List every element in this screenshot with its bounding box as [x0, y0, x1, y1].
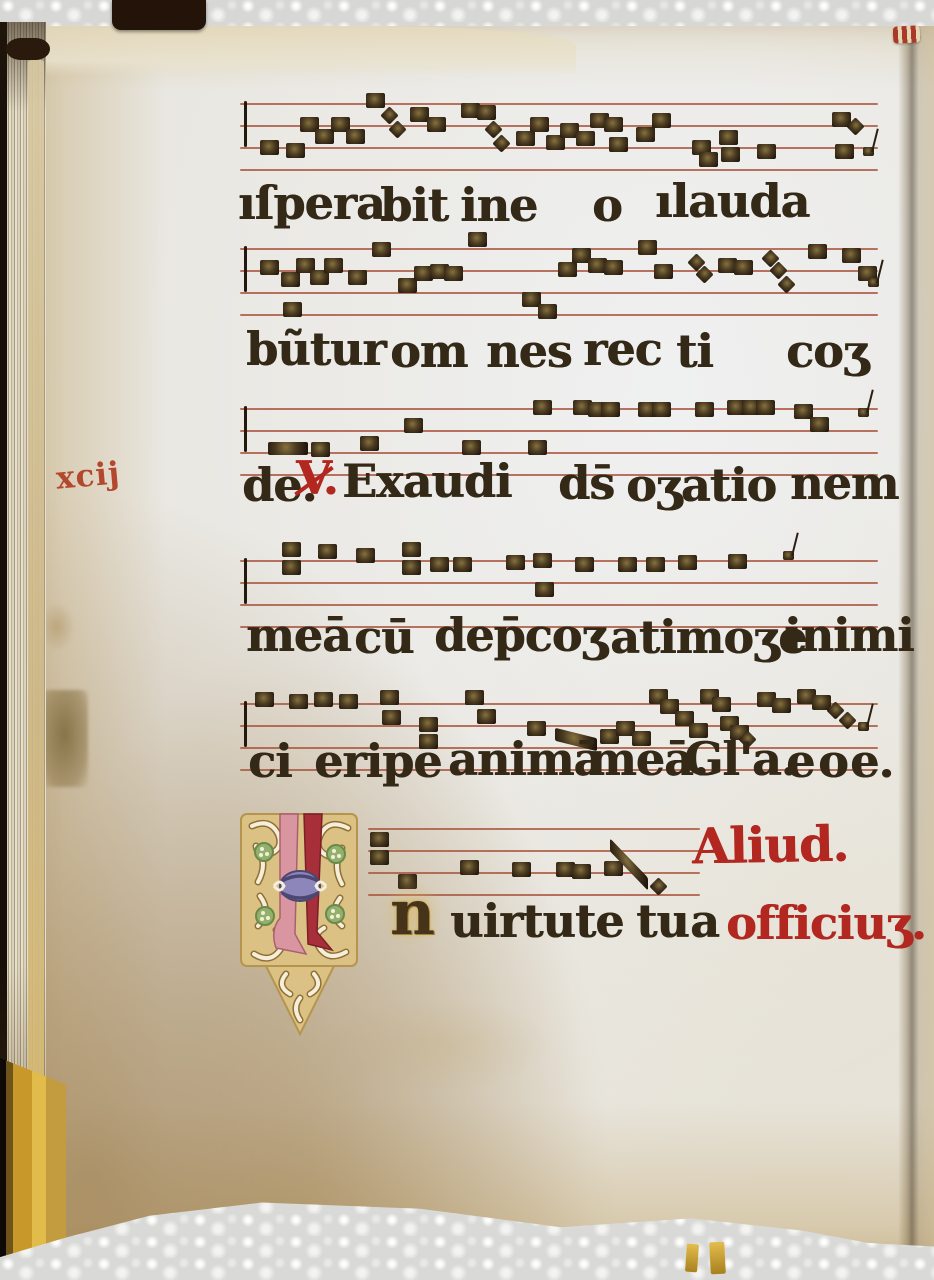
neume-square: [721, 147, 740, 162]
margin-stain-dark: [41, 690, 88, 787]
lyric-word: coʒ: [786, 328, 868, 374]
lyric-word: oʒatio: [626, 462, 776, 508]
lyric-word: o: [592, 182, 622, 228]
neume-square: [572, 864, 591, 879]
neume-square: [380, 690, 399, 705]
staff-line: [368, 828, 700, 830]
endband: [893, 25, 921, 43]
neume-square: [609, 137, 628, 152]
neume-square: [465, 690, 484, 705]
custos: [868, 278, 879, 287]
neume-square: [757, 144, 776, 159]
neume-square: [360, 436, 379, 451]
lyric-word: bũtur: [246, 326, 386, 372]
neume-square: [460, 860, 479, 875]
neume-square: [835, 144, 854, 159]
lyric-word: uirtute: [450, 898, 623, 944]
neume-square: [402, 560, 421, 575]
custos: [783, 551, 794, 560]
neume-square: [382, 710, 401, 725]
neume-square: [530, 117, 549, 132]
page-discoloration: [330, 1000, 550, 1090]
lyric-word: nes: [486, 328, 572, 374]
neume-square: [419, 717, 438, 732]
neume-square: [604, 117, 623, 132]
neume-square: [366, 93, 385, 108]
staff-line: [240, 560, 878, 562]
staff-start-bar: [244, 406, 247, 452]
spine-top: [6, 38, 50, 60]
staff-line: [368, 850, 700, 852]
neume-square: [699, 152, 718, 167]
neume-square: [324, 258, 343, 273]
staff-line: [240, 248, 878, 250]
neume-square: [444, 266, 463, 281]
neume-square: [712, 697, 731, 712]
staff-line: [240, 604, 878, 606]
neume-square: [535, 582, 554, 597]
lyric-word: Exaudi: [342, 458, 511, 504]
neume-square: [453, 557, 472, 572]
lyric-word: ıſpera: [238, 180, 385, 226]
lyric-word: eripe: [314, 738, 441, 784]
lyric-word: tu: [636, 898, 689, 944]
lyric-word: animā: [448, 736, 602, 782]
neume-square: [756, 400, 775, 415]
neume-square: [314, 692, 333, 707]
neume-square: [604, 861, 623, 876]
lyric-word: ds̄: [558, 460, 614, 506]
staff-line: [240, 314, 878, 316]
rubric-aliud: Aliud.: [692, 815, 849, 876]
staff-line: [240, 408, 878, 410]
custos: [863, 147, 874, 156]
lyric-word: meā: [246, 612, 351, 658]
lyric-word: rec: [583, 326, 662, 372]
page-edge-highlight: [28, 60, 44, 1240]
neume-square: [576, 131, 595, 146]
lyric-word: cū: [354, 614, 413, 660]
underleaf-edge: [36, 26, 576, 76]
neume-square: [638, 240, 657, 255]
neume-square: [842, 248, 861, 263]
lyric-word: dep̄coʒ: [434, 612, 606, 658]
neume-square: [255, 692, 274, 707]
neume-square: [601, 402, 620, 417]
custos: [858, 722, 869, 731]
neume-square: [318, 544, 337, 559]
staff-start-bar: [244, 246, 247, 292]
gilt-edge-fragment: [709, 1242, 726, 1275]
staff-line: [240, 430, 878, 432]
neume-square: [260, 260, 279, 275]
neume-square: [356, 548, 375, 563]
neume-square: [678, 555, 697, 570]
manuscript-photo: ıſperabitineoılaudabũturomnesrecticoʒde.…: [0, 0, 934, 1280]
neume-square: [477, 105, 496, 120]
neume-square: [468, 232, 487, 247]
neume-square: [283, 302, 302, 317]
lyric-word: om: [390, 328, 467, 374]
lyric-word: nem: [790, 460, 898, 506]
neume-square: [575, 557, 594, 572]
lyric-word: a: [690, 898, 719, 944]
neume-square: [370, 850, 389, 865]
neume-square: [477, 709, 496, 724]
lyric-word: bit: [380, 182, 448, 228]
neume-square: [533, 553, 552, 568]
neume-square: [260, 140, 279, 155]
neume-square: [808, 244, 827, 259]
staff-start-bar: [244, 101, 247, 147]
neume-square: [372, 242, 391, 257]
neume-square: [558, 262, 577, 277]
neume-square: [348, 270, 367, 285]
lyric-word: Gl'a.: [684, 736, 796, 782]
neume-square: [339, 694, 358, 709]
staff-start-bar: [244, 701, 247, 747]
neume-square: [282, 542, 301, 557]
neume-square: [370, 832, 389, 847]
versicle-mark: V.: [296, 455, 338, 501]
neume-square: [512, 862, 531, 877]
custos: [858, 408, 869, 417]
neume-square: [528, 440, 547, 455]
neume-square: [346, 129, 365, 144]
neume-square: [728, 554, 747, 569]
lyric-word: ci: [248, 738, 291, 784]
neume-square: [654, 264, 673, 279]
neume-square: [533, 400, 552, 415]
staff-line: [240, 725, 878, 727]
neume-square: [289, 694, 308, 709]
neume-square: [604, 260, 623, 275]
folio-number: xcij: [55, 455, 122, 496]
neume-square: [810, 417, 829, 432]
neume-square: [646, 557, 665, 572]
neume-square: [695, 402, 714, 417]
neume-square: [281, 272, 300, 287]
versal-letter: n: [382, 882, 442, 944]
neume-square: [636, 127, 655, 142]
neume-square: [427, 117, 446, 132]
staff-line: [368, 872, 700, 874]
neume-square: [652, 402, 671, 417]
neume-square: [538, 304, 557, 319]
staff-line: [240, 292, 878, 294]
lyric-word: e.: [850, 738, 893, 784]
staff-line: [240, 169, 878, 171]
neume-square: [506, 555, 525, 570]
neume-square: [652, 113, 671, 128]
lyric-word: ılauda: [655, 178, 809, 224]
neume-square: [286, 143, 305, 158]
neume-square: [734, 260, 753, 275]
staff-start-bar: [244, 558, 247, 604]
neume-square: [404, 418, 423, 433]
lyric-word: o: [818, 738, 848, 784]
neume-square: [282, 560, 301, 575]
neume-square: [430, 557, 449, 572]
rubric-word: officiuʒ.: [726, 900, 926, 946]
neume-square: [719, 130, 738, 145]
neume-square: [772, 698, 791, 713]
leather-index-tab: [112, 0, 206, 30]
neume-square: [402, 542, 421, 557]
lyric-word: ti: [676, 328, 713, 374]
staff-line: [240, 582, 878, 584]
lyric-word: inimi: [784, 612, 914, 658]
gilt-edge-fragment: [685, 1244, 699, 1273]
staff-line: [240, 103, 878, 105]
neume-square: [462, 440, 481, 455]
lyric-word: ine: [460, 182, 537, 228]
lyric-word: e: [786, 738, 814, 784]
lyric-word: atimoʒe: [610, 614, 806, 660]
neume-square: [516, 131, 535, 146]
illuminated-initial-I: [238, 812, 362, 1042]
neume-square: [618, 557, 637, 572]
